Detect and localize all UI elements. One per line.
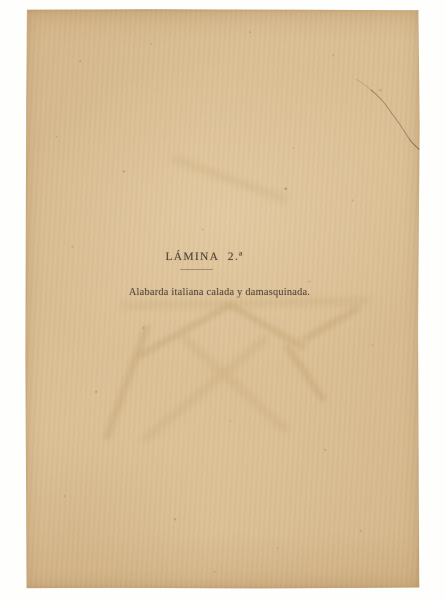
plate-caption: Alabarda italiana calada y damasquinada.	[22, 287, 417, 299]
title-rule	[180, 269, 213, 270]
tear-crack	[356, 79, 420, 150]
plate-title: LÁMINA 2.ª	[7, 251, 402, 264]
paper-artifacts	[25, 9, 420, 589]
paper-sheet: LÁMINA 2.ª Alabarda italiana calada y da…	[25, 9, 420, 589]
ghost-impressions-soft	[125, 159, 365, 439]
ghost-impressions	[107, 305, 357, 437]
scan-background: LÁMINA 2.ª Alabarda italiana calada y da…	[0, 0, 445, 600]
plate-title-block: LÁMINA 2.ª Alabarda italiana calada y da…	[25, 251, 420, 299]
